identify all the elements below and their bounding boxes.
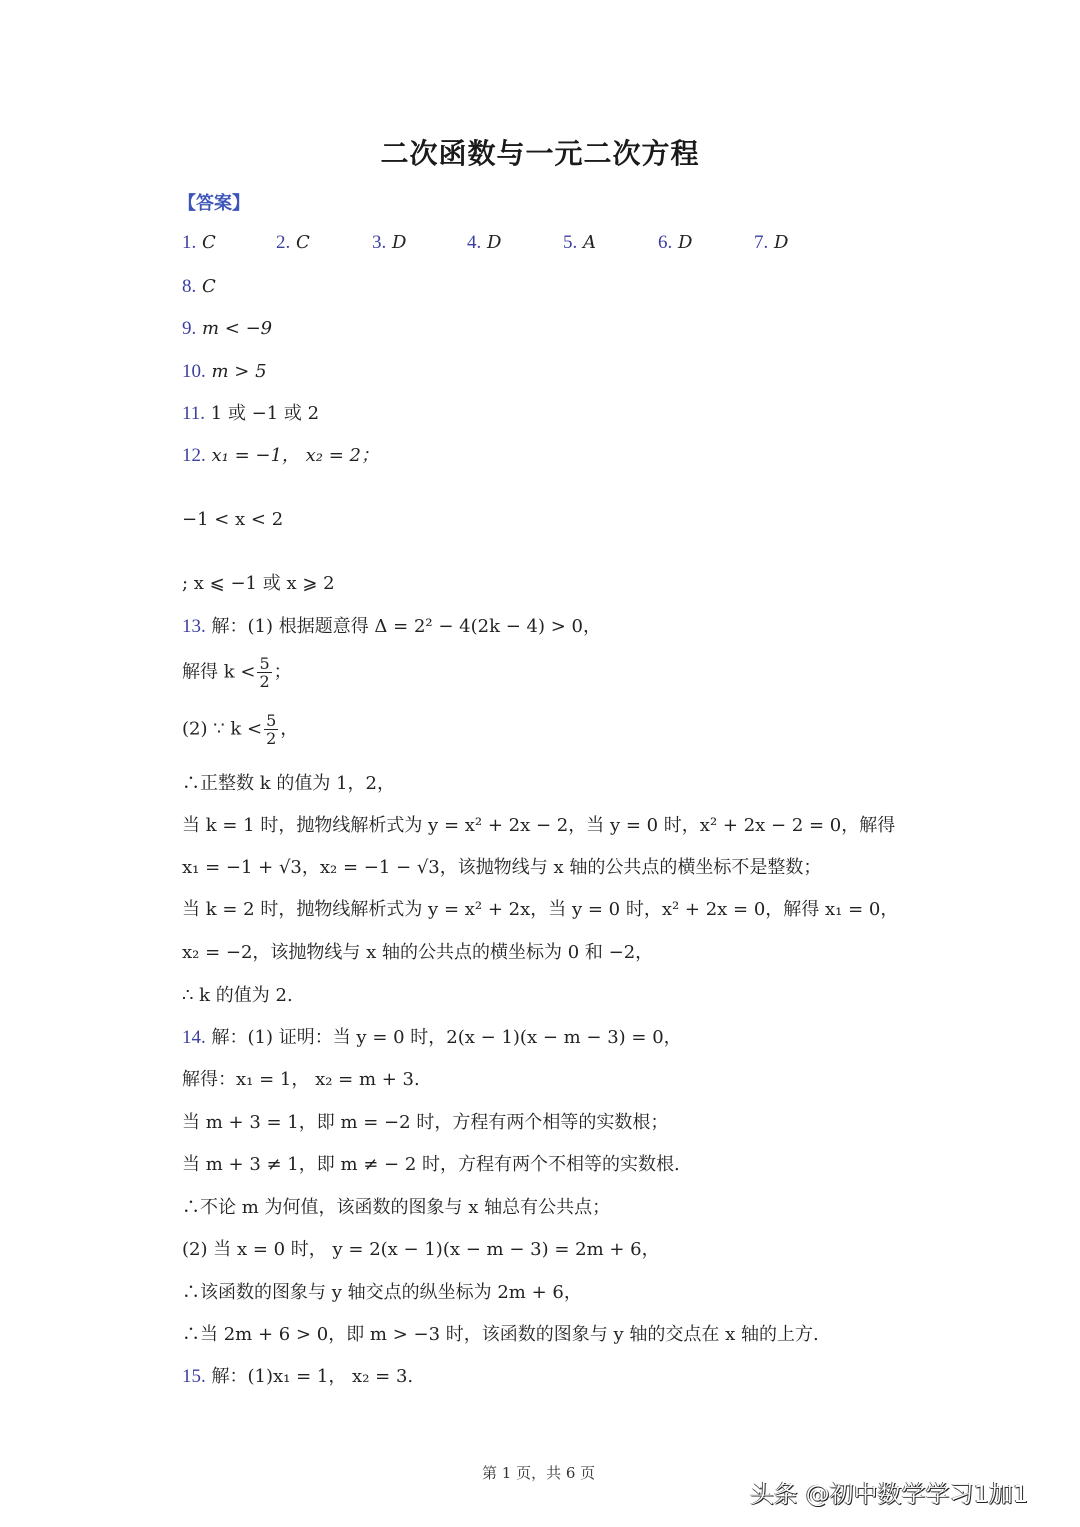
answer-q13-line1: 13. 解：(1) 根据题意得 Δ = 2² − 4(2k − 4) > 0， bbox=[182, 615, 601, 639]
answer-q12-part3: ; x ⩽ −1 或 x ⩾ 2 bbox=[182, 572, 335, 596]
answer-q11: 11. 1 或 −1 或 2 bbox=[182, 402, 319, 426]
mc-answer-3: 3. D bbox=[372, 232, 406, 254]
answer-q12: 12. x₁ = −1， x₂ = 2； bbox=[182, 444, 379, 468]
answer-q13-line6: x₁ = −1 + √3，x₂ = −1 − √3，该抛物线与 x 轴的公共点的… bbox=[182, 856, 821, 880]
answer-q14-line6: (2) 当 x = 0 时， y = 2(x − 1)(x − m − 3) =… bbox=[182, 1238, 660, 1262]
page-number: 第 1 页，共 6 页 bbox=[482, 1462, 595, 1483]
mc-answer-7: 7. D bbox=[754, 232, 788, 254]
answer-q10: 10. m > 5 bbox=[182, 360, 267, 384]
mc-answer-6: 6. D bbox=[658, 232, 692, 254]
answer-q13-line2: 解得 k <52； bbox=[182, 655, 292, 690]
fraction-five-halves: 52 bbox=[257, 655, 271, 690]
mc-answer-row: 1. C 2. C 3. D 4. D 5. A 6. D 7. D bbox=[182, 232, 822, 258]
answer-q13-line9: ∴ k 的值为 2. bbox=[182, 984, 293, 1008]
answer-q14-line2: 解得：x₁ = 1， x₂ = m + 3. bbox=[182, 1068, 420, 1092]
answer-q13-line5: 当 k = 1 时，抛物线解析式为 y = x² + 2x − 2，当 y = … bbox=[182, 814, 895, 838]
answer-q13-line4: ∴正整数 k 的值为 1，2， bbox=[182, 772, 395, 796]
answer-q14-line1: 14. 解：(1) 证明：当 y = 0 时，2(x − 1)(x − m − … bbox=[182, 1026, 682, 1050]
watermark: 头条 @初中数学学习1加1 bbox=[750, 1474, 1028, 1509]
document-title: 二次函数与一元二次方程 bbox=[0, 132, 1080, 172]
answer-q14-line8: ∴当 2m + 6 > 0，即 m > −3 时，该函数的图象与 y 轴的交点在… bbox=[182, 1323, 819, 1347]
fraction-five-halves: 52 bbox=[264, 712, 278, 747]
mc-answer-2: 2. C bbox=[276, 232, 310, 254]
answer-q13-line3: (2) ∵ k <52， bbox=[182, 712, 298, 747]
mc-answer-5: 5. A bbox=[563, 232, 596, 254]
answer-section-tag: 【答案】 bbox=[178, 189, 250, 215]
answer-q14-line5: ∴不论 m 为何值，该函数的图象与 x 轴总有公共点； bbox=[182, 1196, 610, 1220]
answer-q13-line7: 当 k = 2 时，抛物线解析式为 y = x² + 2x，当 y = 0 时，… bbox=[182, 898, 898, 922]
mc-answer-1: 1. C bbox=[182, 232, 216, 254]
answer-q15-line1: 15. 解：(1)x₁ = 1， x₂ = 3. bbox=[182, 1365, 413, 1389]
answer-q12-part2: −1 < x < 2 bbox=[182, 508, 283, 532]
mc-answer-8: 8. C bbox=[182, 275, 216, 299]
mc-answer-4: 4. D bbox=[467, 232, 501, 254]
answer-q14-line3: 当 m + 3 = 1，即 m = −2 时，方程有两个相等的实数根； bbox=[182, 1111, 668, 1135]
answer-q14-line4: 当 m + 3 ≠ 1，即 m ≠ − 2 时，方程有两个不相等的实数根. bbox=[182, 1153, 680, 1177]
answer-q14-line7: ∴该函数的图象与 y 轴交点的纵坐标为 2m + 6， bbox=[182, 1281, 582, 1305]
answer-q9: 9. m < −9 bbox=[182, 317, 272, 341]
answer-q13-line8: x₂ = −2，该抛物线与 x 轴的公共点的横坐标为 0 和 −2， bbox=[182, 941, 653, 965]
